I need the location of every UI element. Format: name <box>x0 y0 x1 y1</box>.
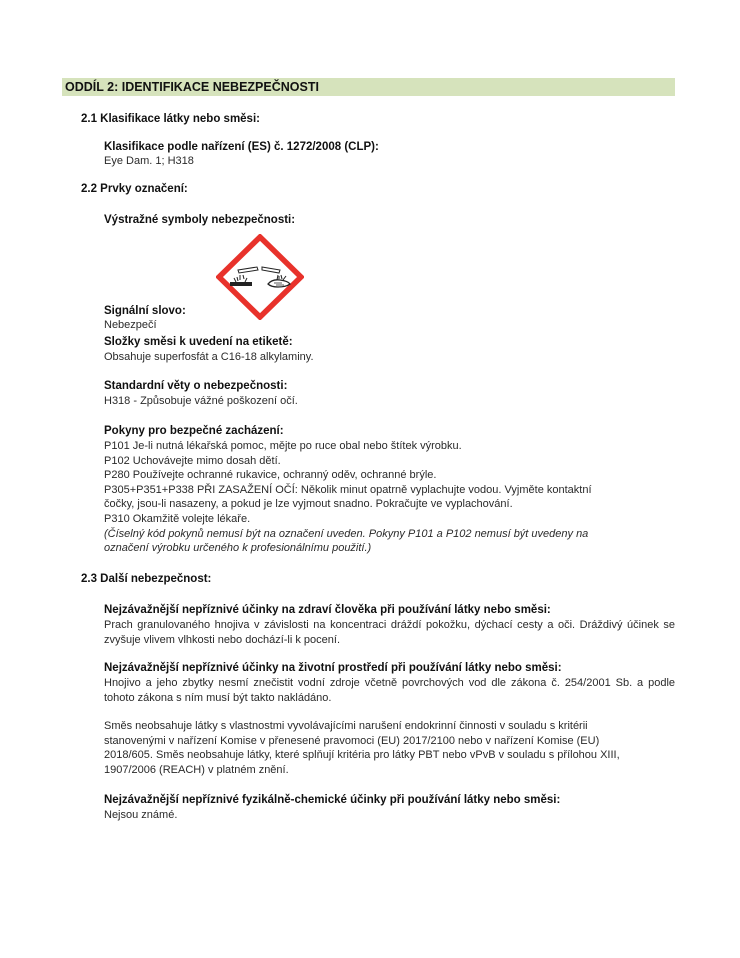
physchem-effects-text: Nejsou známé. <box>104 809 177 821</box>
precaution-line: P102 Uchovávejte mimo dosah dětí. <box>104 454 592 469</box>
endocrine-line: Směs neobsahuje látky s vlastnostmi vyvo… <box>104 719 620 734</box>
hazard-statement: H318 - Způsobuje vážné poškození očí. <box>104 395 298 407</box>
endocrine-line: stanovenými v nařízení Komise v přenesen… <box>104 734 620 749</box>
pictograms-heading: Výstražné symboly nebezpečnosti: <box>104 214 295 226</box>
environment-effects-text: Hnojivo a jeho zbytky nesmí znečistit vo… <box>104 676 675 706</box>
heading-2-1: 2.1 Klasifikace látky nebo směsi: <box>81 113 260 125</box>
hazard-statements-heading: Standardní věty o nebezpečnosti: <box>104 380 287 392</box>
endocrine-pbt-text: Směs neobsahuje látky s vlastnostmi vyvo… <box>104 719 620 777</box>
section-title-bar: ODDÍL 2: IDENTIFIKACE NEBEZPEČNOSTI <box>62 78 675 96</box>
label-components-value: Obsahuje superfosfát a C16-18 alkylaminy… <box>104 351 314 363</box>
precaution-line: čočky, jsou-li nasazeny, a pokud je lze … <box>104 497 592 512</box>
precaution-line: P101 Je-li nutná lékařská pomoc, mějte p… <box>104 439 592 454</box>
signal-word-heading: Signální slovo: <box>104 305 186 317</box>
clp-classification-heading: Klasifikace podle nařízení (ES) č. 1272/… <box>104 141 379 153</box>
label-components-heading: Složky směsi k uvedení na etiketě: <box>104 336 293 348</box>
clp-classification-value: Eye Dam. 1; H318 <box>104 155 194 167</box>
heading-2-3: 2.3 Další nebezpečnost: <box>81 573 211 585</box>
health-effects-heading: Nejzávažnější nepříznivé účinky na zdrav… <box>104 604 551 616</box>
endocrine-line: 1907/2006 (REACH) v platném znění. <box>104 763 620 778</box>
corrosion-icon <box>216 234 304 320</box>
precaution-line: P280 Používejte ochranné rukavice, ochra… <box>104 468 592 483</box>
precaution-note-line: (Číselný kód pokynů nemusí být na označe… <box>104 527 592 542</box>
endocrine-line: 2018/605. Směs neobsahuje látky, které s… <box>104 748 620 763</box>
precaution-note-line: označení výrobku určeného k profesionáln… <box>104 541 592 556</box>
heading-2-2: 2.2 Prvky označení: <box>81 183 188 195</box>
environment-effects-heading: Nejzávažnější nepříznivé účinky na život… <box>104 662 562 674</box>
signal-word-value: Nebezpečí <box>104 319 157 331</box>
health-effects-text: Prach granulovaného hnojiva v závislosti… <box>104 618 675 648</box>
precaution-line: P305+P351+P338 PŘI ZASAŽENÍ OČÍ: Několik… <box>104 483 592 498</box>
physchem-effects-heading: Nejzávažnější nepříznivé fyzikálně-chemi… <box>104 794 560 806</box>
precautionary-statements-list: P101 Je-li nutná lékařská pomoc, mějte p… <box>104 439 592 556</box>
document-page: ODDÍL 2: IDENTIFIKACE NEBEZPEČNOSTI 2.1 … <box>0 0 740 958</box>
precaution-line: P310 Okamžitě volejte lékaře. <box>104 512 592 527</box>
precautionary-statements-heading: Pokyny pro bezpečné zacházení: <box>104 425 284 437</box>
